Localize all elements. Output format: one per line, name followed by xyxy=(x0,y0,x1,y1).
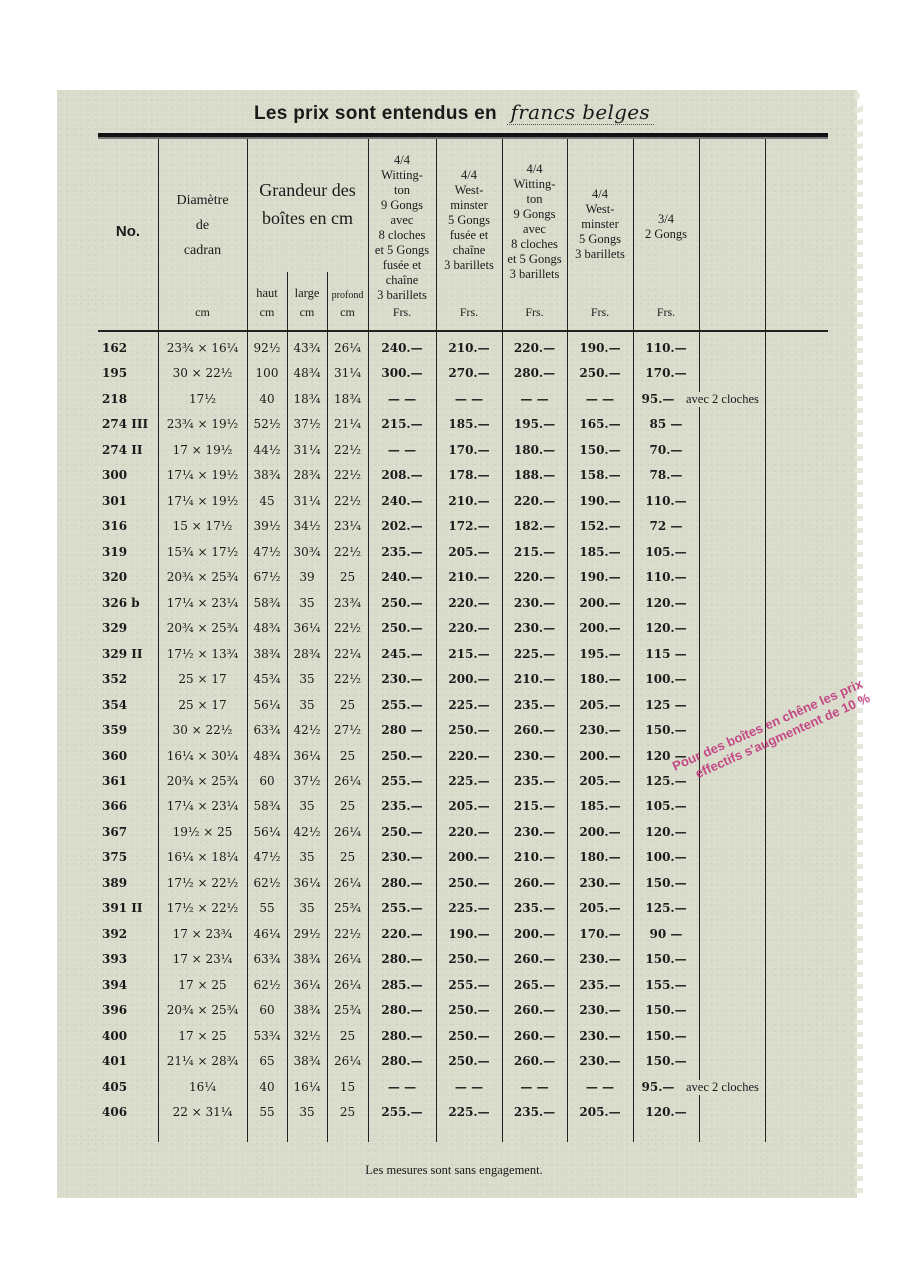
cell-p: 25 xyxy=(327,698,368,712)
cell-p1: 240.— xyxy=(368,570,436,584)
cell-p4: — — xyxy=(567,1080,633,1094)
cell-p5: 120.— xyxy=(633,621,699,635)
cell-p1: 245.— xyxy=(368,647,436,661)
cell-p2: 225.— xyxy=(436,901,502,915)
cell-p5: 150.— xyxy=(633,1054,699,1068)
table-row: 35425 × 1756¼3525255.—225.—235.—205.—125… xyxy=(98,698,828,724)
header-price-3: 4/4 Witting- ton 9 Gongs avec 8 cloches … xyxy=(502,162,567,282)
cell-p1: 280.— xyxy=(368,1029,436,1043)
cell-no: 195 xyxy=(98,366,162,380)
cell-p3: 220.— xyxy=(502,494,567,508)
table-row: 36719½ × 2556¼42½26¼250.—220.—230.—200.—… xyxy=(98,825,828,851)
cell-p3: 182.— xyxy=(502,519,567,533)
table-row: 39217 × 23¾46¼29½22½220.—190.—200.—170.—… xyxy=(98,927,828,953)
cell-p1: 280.— xyxy=(368,876,436,890)
cell-p5: 150.— xyxy=(633,876,699,890)
cell-h: 40 xyxy=(247,392,287,406)
header-diametre: Diamètre de cadran xyxy=(158,188,247,263)
cell-p4: 195.— xyxy=(567,647,633,661)
header-text: ton xyxy=(368,183,436,198)
cell-p5: 125.— xyxy=(633,901,699,915)
cell-p3: 215.— xyxy=(502,799,567,813)
cell-dia: 17 × 23¼ xyxy=(158,952,247,966)
cell-p3: 230.— xyxy=(502,596,567,610)
table-row: 32020¾ × 25¾67½3925240.—210.—220.—190.—1… xyxy=(98,570,828,596)
cell-p4: 150.— xyxy=(567,443,633,457)
cell-l: 36¼ xyxy=(287,749,327,763)
cell-no: 329 II xyxy=(98,647,162,661)
cell-p4: 230.— xyxy=(567,1029,633,1043)
cell-h: 62½ xyxy=(247,978,287,992)
cell-p: 25 xyxy=(327,1105,368,1119)
cell-h: 47½ xyxy=(247,545,287,559)
header-price-1: 4/4 Witting- ton 9 Gongs avec 8 cloches … xyxy=(368,153,436,303)
cell-l: 48¾ xyxy=(287,366,327,380)
cell-p3: 230.— xyxy=(502,825,567,839)
header-text: 3/4 xyxy=(633,212,699,227)
cell-p: 25 xyxy=(327,799,368,813)
cell-l: 18¾ xyxy=(287,392,327,406)
header-price-5: 3/4 2 Gongs xyxy=(633,212,699,242)
cell-note: avec 2 cloches xyxy=(686,392,759,407)
cell-p3: 230.— xyxy=(502,621,567,635)
cell-p3: 235.— xyxy=(502,774,567,788)
cell-p2: — — xyxy=(436,392,502,406)
cell-p2: 172.— xyxy=(436,519,502,533)
cell-p1: 202.— xyxy=(368,519,436,533)
header-text: 3 barillets xyxy=(567,247,633,262)
cell-p3: 260.— xyxy=(502,952,567,966)
cell-p5: 110.— xyxy=(633,494,699,508)
table-row: 391 II17½ × 22½553525¾255.—225.—235.—205… xyxy=(98,901,828,927)
cell-no: 367 xyxy=(98,825,162,839)
cell-p2: 220.— xyxy=(436,825,502,839)
cell-p: 22½ xyxy=(327,672,368,686)
cell-h: 48¾ xyxy=(247,621,287,635)
cell-h: 65 xyxy=(247,1054,287,1068)
cell-p: 26¼ xyxy=(327,774,368,788)
cell-no: 361 xyxy=(98,774,162,788)
cell-p: 22½ xyxy=(327,927,368,941)
cell-no: 354 xyxy=(98,698,162,712)
cell-dia: 17 × 19½ xyxy=(158,443,247,457)
cell-no: 319 xyxy=(98,545,162,559)
cell-p5: 95.— xyxy=(633,392,683,406)
cell-p1: 280.— xyxy=(368,1054,436,1068)
cell-p: 18¾ xyxy=(327,392,368,406)
cell-h: 53¾ xyxy=(247,1029,287,1043)
cell-no: 393 xyxy=(98,952,162,966)
cell-no: 329 xyxy=(98,621,162,635)
table-row: 329 II17½ × 13¾38¾28¾22¼245.—215.—225.—1… xyxy=(98,647,828,673)
cell-p4: 230.— xyxy=(567,1003,633,1017)
table-row: 37516¼ × 18¼47½3525230.—200.—210.—180.—1… xyxy=(98,850,828,876)
cell-p5: 95.— xyxy=(633,1080,683,1094)
header-no: No. xyxy=(98,224,158,239)
cell-p: 25 xyxy=(327,570,368,584)
cell-dia: 20¾ × 25¾ xyxy=(158,621,247,635)
cell-p: 26¼ xyxy=(327,341,368,355)
cell-p3: 215.— xyxy=(502,545,567,559)
cell-p4: 180.— xyxy=(567,850,633,864)
cell-l: 32½ xyxy=(287,1029,327,1043)
cell-p2: 210.— xyxy=(436,341,502,355)
cell-l: 31¼ xyxy=(287,443,327,457)
header-text: minster xyxy=(436,198,502,213)
table-row: 274 II17 × 19½44½31¼22½— —170.—180.—150.… xyxy=(98,443,828,469)
header-text: 9 Gongs xyxy=(368,198,436,213)
cell-p5: 105.— xyxy=(633,545,699,559)
table-row: 40622 × 31¼553525255.—225.—235.—205.—120… xyxy=(98,1105,828,1131)
header-unit: Frs. xyxy=(502,305,567,320)
header-text: 4/4 xyxy=(502,162,567,177)
cell-p: 23¼ xyxy=(327,519,368,533)
cell-p: 25 xyxy=(327,850,368,864)
cell-p1: — — xyxy=(368,1080,436,1094)
cell-no: 274 II xyxy=(98,443,162,457)
cell-p5: 120.— xyxy=(633,825,699,839)
header-text: Witting- xyxy=(368,168,436,183)
cell-p3: 235.— xyxy=(502,901,567,915)
header-text: 4/4 xyxy=(368,153,436,168)
cell-h: 60 xyxy=(247,774,287,788)
cell-l: 37½ xyxy=(287,774,327,788)
cell-dia: 22 × 31¼ xyxy=(158,1105,247,1119)
cell-p1: 250.— xyxy=(368,825,436,839)
cell-dia: 17½ × 22½ xyxy=(158,901,247,915)
table-row: 326 b17¼ × 23¼58¾3523¾250.—220.—230.—200… xyxy=(98,596,828,622)
cell-p2: 250.— xyxy=(436,952,502,966)
cell-no: 320 xyxy=(98,570,162,584)
cell-no: 405 xyxy=(98,1080,162,1094)
cell-l: 35 xyxy=(287,672,327,686)
cell-dia: 17½ xyxy=(158,392,247,406)
header-text: et 5 Gongs xyxy=(502,252,567,267)
cell-dia: 20¾ × 25¾ xyxy=(158,774,247,788)
table-row: 39620¾ × 25¾6038¾25¾280.—250.—260.—230.—… xyxy=(98,1003,828,1029)
cell-p3: 260.— xyxy=(502,876,567,890)
cell-dia: 15¾ × 17½ xyxy=(158,545,247,559)
cell-note: avec 2 cloches xyxy=(686,1080,759,1095)
page-title: Les prix sont entendus en francs belges xyxy=(0,100,908,125)
cell-no: 218 xyxy=(98,392,162,406)
cell-p5: 90 — xyxy=(633,927,699,941)
cell-p2: 250.— xyxy=(436,723,502,737)
cell-p5: 115 — xyxy=(633,647,699,661)
header-text: ton xyxy=(502,192,567,207)
cell-l: 28¾ xyxy=(287,468,327,482)
cell-p1: 235.— xyxy=(368,545,436,559)
cell-dia: 25 × 17 xyxy=(158,672,247,686)
table-row: 40017 × 2553¾32½25280.—250.—260.—230.—15… xyxy=(98,1029,828,1055)
cell-dia: 23¾ × 16¼ xyxy=(158,341,247,355)
header-text: Grandeur des xyxy=(247,176,368,204)
cell-p5: 78.— xyxy=(633,468,699,482)
cell-p3: 230.— xyxy=(502,749,567,763)
header-text: avec xyxy=(502,222,567,237)
cell-p1: 240.— xyxy=(368,494,436,508)
cell-dia: 30 × 22½ xyxy=(158,723,247,737)
cell-p1: 235.— xyxy=(368,799,436,813)
cell-p3: 200.— xyxy=(502,927,567,941)
cell-p1: 215.— xyxy=(368,417,436,431)
cell-h: 67½ xyxy=(247,570,287,584)
cell-p2: 200.— xyxy=(436,672,502,686)
cell-h: 48¾ xyxy=(247,749,287,763)
table-row: 30017¼ × 19½38¾28¾22½208.—178.—188.—158.… xyxy=(98,468,828,494)
cell-p: 22½ xyxy=(327,468,368,482)
cell-h: 100 xyxy=(247,366,287,380)
header-unit: Frs. xyxy=(567,305,633,320)
cell-p4: 205.— xyxy=(567,698,633,712)
cell-p5: 100.— xyxy=(633,850,699,864)
header-text: Diamètre xyxy=(158,188,247,213)
cell-h: 38¾ xyxy=(247,468,287,482)
cell-p: 21¼ xyxy=(327,417,368,431)
cell-p1: 208.— xyxy=(368,468,436,482)
cell-p2: 225.— xyxy=(436,698,502,712)
cell-p5: 85 — xyxy=(633,417,699,431)
cell-l: 42½ xyxy=(287,825,327,839)
cell-p1: 255.— xyxy=(368,1105,436,1119)
cell-l: 38¾ xyxy=(287,952,327,966)
cell-p4: 152.— xyxy=(567,519,633,533)
cell-p5: 150.— xyxy=(633,952,699,966)
cell-p4: 230.— xyxy=(567,723,633,737)
cell-h: 62½ xyxy=(247,876,287,890)
cell-p4: 205.— xyxy=(567,774,633,788)
header-price-2: 4/4 West- minster 5 Gongs fusée et chaîn… xyxy=(436,168,502,273)
cell-h: 45¾ xyxy=(247,672,287,686)
cell-p: 25¾ xyxy=(327,1003,368,1017)
cell-p: 27½ xyxy=(327,723,368,737)
cell-h: 63¾ xyxy=(247,723,287,737)
cell-dia: 17¼ × 19½ xyxy=(158,494,247,508)
header-text: minster xyxy=(567,217,633,232)
cell-dia: 17½ × 13¾ xyxy=(158,647,247,661)
cell-p: 23¾ xyxy=(327,596,368,610)
cell-p5: 125 — xyxy=(633,698,699,712)
cell-h: 52½ xyxy=(247,417,287,431)
cell-p2: 200.— xyxy=(436,850,502,864)
cell-p5: 150.— xyxy=(633,1003,699,1017)
cell-dia: 17 × 23¾ xyxy=(158,927,247,941)
cell-p: 26¼ xyxy=(327,1054,368,1068)
cell-p4: 205.— xyxy=(567,901,633,915)
header-text: 9 Gongs xyxy=(502,207,567,222)
cell-p2: 220.— xyxy=(436,749,502,763)
cell-dia: 16¼ × 30¼ xyxy=(158,749,247,763)
cell-p1: 250.— xyxy=(368,596,436,610)
cell-p2: 225.— xyxy=(436,1105,502,1119)
cell-p4: 230.— xyxy=(567,952,633,966)
cell-p3: — — xyxy=(502,1080,567,1094)
cell-p5: 155.— xyxy=(633,978,699,992)
header-large: large xyxy=(287,286,327,301)
header-text: fusée et xyxy=(368,258,436,273)
table-row: 16223¾ × 16¼92½43¾26¼240.—210.—220.—190.… xyxy=(98,341,828,367)
cell-h: 56¼ xyxy=(247,825,287,839)
cell-p4: 185.— xyxy=(567,799,633,813)
cell-p1: 255.— xyxy=(368,698,436,712)
cell-p5: 150.— xyxy=(633,723,699,737)
cell-dia: 17¼ × 19½ xyxy=(158,468,247,482)
cell-h: 47½ xyxy=(247,850,287,864)
cell-p5: 120.— xyxy=(633,596,699,610)
cell-l: 31¼ xyxy=(287,494,327,508)
cell-no: 400 xyxy=(98,1029,162,1043)
header-text: cadran xyxy=(158,238,247,263)
header-text: 4/4 xyxy=(567,187,633,202)
cell-p1: 250.— xyxy=(368,749,436,763)
cell-p3: 220.— xyxy=(502,341,567,355)
cell-p5: 120.— xyxy=(633,1105,699,1119)
header-text: 3 barillets xyxy=(502,267,567,282)
header-profond: profond xyxy=(327,288,368,303)
cell-no: 396 xyxy=(98,1003,162,1017)
header-text: 3 barillets xyxy=(436,258,502,273)
cell-p: 15 xyxy=(327,1080,368,1094)
cell-h: 58¾ xyxy=(247,799,287,813)
cell-p2: 185.— xyxy=(436,417,502,431)
cell-p2: 255.— xyxy=(436,978,502,992)
cell-p4: 205.— xyxy=(567,1105,633,1119)
cell-p2: 270.— xyxy=(436,366,502,380)
cell-p4: 190.— xyxy=(567,341,633,355)
table-row: 39417 × 2562½36¼26¼285.—255.—265.—235.—1… xyxy=(98,978,828,1004)
cell-no: 401 xyxy=(98,1054,162,1068)
cell-p1: 255.— xyxy=(368,774,436,788)
cell-l: 16¼ xyxy=(287,1080,327,1094)
cell-l: 35 xyxy=(287,850,327,864)
cell-p3: 235.— xyxy=(502,698,567,712)
cell-p4: 200.— xyxy=(567,596,633,610)
cell-p1: — — xyxy=(368,443,436,457)
cell-p5: 105.— xyxy=(633,799,699,813)
cell-p2: 178.— xyxy=(436,468,502,482)
cell-l: 35 xyxy=(287,596,327,610)
cell-p3: 195.— xyxy=(502,417,567,431)
cell-p5: 70.— xyxy=(633,443,699,457)
cell-p3: 210.— xyxy=(502,672,567,686)
header-unit: cm xyxy=(158,305,247,320)
header-grandeur: Grandeur des boîtes en cm xyxy=(247,176,368,232)
cell-p2: 170.— xyxy=(436,443,502,457)
cell-no: 375 xyxy=(98,850,162,864)
cell-p4: 200.— xyxy=(567,749,633,763)
header-text: 5 Gongs xyxy=(436,213,502,228)
cell-p4: 158.— xyxy=(567,468,633,482)
header-text: et 5 Gongs xyxy=(368,243,436,258)
table-row: 39317 × 23¼63¾38¾26¼280.—250.—260.—230.—… xyxy=(98,952,828,978)
cell-h: 60 xyxy=(247,1003,287,1017)
cell-h: 56¼ xyxy=(247,698,287,712)
cell-dia: 17¼ × 23¼ xyxy=(158,799,247,813)
cell-l: 28¾ xyxy=(287,647,327,661)
table-row: 31615 × 17½39½34½23¼202.—172.—182.—152.—… xyxy=(98,519,828,545)
cell-dia: 25 × 17 xyxy=(158,698,247,712)
cell-no: 406 xyxy=(98,1105,162,1119)
cell-dia: 16¼ xyxy=(158,1080,247,1094)
header-text: West- xyxy=(567,202,633,217)
cell-p4: 230.— xyxy=(567,876,633,890)
header-text: avec xyxy=(368,213,436,228)
cell-p3: 260.— xyxy=(502,1054,567,1068)
cell-p2: 220.— xyxy=(436,621,502,635)
cell-p: 22½ xyxy=(327,621,368,635)
header-unit: Frs. xyxy=(368,305,436,320)
cell-p3: 225.— xyxy=(502,647,567,661)
cell-l: 35 xyxy=(287,698,327,712)
cell-p2: 210.— xyxy=(436,570,502,584)
cell-dia: 17¼ × 23¼ xyxy=(158,596,247,610)
cell-p5: 150.— xyxy=(633,1029,699,1043)
cell-no: 162 xyxy=(98,341,162,355)
cell-p2: 225.— xyxy=(436,774,502,788)
cell-l: 35 xyxy=(287,1105,327,1119)
header-unit: cm xyxy=(247,305,287,320)
cell-l: 36¼ xyxy=(287,876,327,890)
cell-l: 35 xyxy=(287,901,327,915)
cell-p3: 280.— xyxy=(502,366,567,380)
cell-p4: 180.— xyxy=(567,672,633,686)
cell-p4: 200.— xyxy=(567,825,633,839)
header-text: boîtes en cm xyxy=(247,204,368,232)
table-row: 32920¾ × 25¾48¾36¼22½250.—220.—230.—200.… xyxy=(98,621,828,647)
cell-h: 40 xyxy=(247,1080,287,1094)
cell-p3: 260.— xyxy=(502,723,567,737)
cell-p2: 205.— xyxy=(436,799,502,813)
cell-p4: 190.— xyxy=(567,570,633,584)
table-row: 31915¾ × 17½47½30¾22½235.—205.—215.—185.… xyxy=(98,545,828,571)
cell-p: 22½ xyxy=(327,494,368,508)
header-text: Witting- xyxy=(502,177,567,192)
cell-p1: 255.— xyxy=(368,901,436,915)
cell-p: 26¼ xyxy=(327,952,368,966)
header-haut: haut xyxy=(247,286,287,301)
cell-dia: 16¼ × 18¼ xyxy=(158,850,247,864)
header-text: fusée et xyxy=(436,228,502,243)
cell-p: 25¾ xyxy=(327,901,368,915)
table-row: 36617¼ × 23¼58¾3525235.—205.—215.—185.—1… xyxy=(98,799,828,825)
cell-p4: — — xyxy=(567,392,633,406)
cell-no: 316 xyxy=(98,519,162,533)
table-row: 30117¼ × 19½4531¼22½240.—210.—220.—190.—… xyxy=(98,494,828,520)
cell-p2: 250.— xyxy=(436,1029,502,1043)
cell-p2: — — xyxy=(436,1080,502,1094)
cell-p4: 250.— xyxy=(567,366,633,380)
cell-no: 360 xyxy=(98,749,162,763)
cell-l: 34½ xyxy=(287,519,327,533)
cell-p2: 215.— xyxy=(436,647,502,661)
cell-dia: 17½ × 22½ xyxy=(158,876,247,890)
cell-p4: 165.— xyxy=(567,417,633,431)
cell-p3: 210.— xyxy=(502,850,567,864)
cell-p3: 260.— xyxy=(502,1003,567,1017)
header-price-4: 4/4 West- minster 5 Gongs 3 barillets xyxy=(567,187,633,262)
header-text: 4/4 xyxy=(436,168,502,183)
cell-l: 35 xyxy=(287,799,327,813)
header-unit: cm xyxy=(327,305,368,320)
cell-dia: 23¾ × 19½ xyxy=(158,417,247,431)
cell-p3: 180.— xyxy=(502,443,567,457)
cell-h: 39½ xyxy=(247,519,287,533)
header-text: chaîne xyxy=(368,273,436,288)
cell-p3: 188.— xyxy=(502,468,567,482)
cell-p1: 220.— xyxy=(368,927,436,941)
table-row: 35225 × 1745¾3522½230.—200.—210.—180.—10… xyxy=(98,672,828,698)
cell-p3: — — xyxy=(502,392,567,406)
